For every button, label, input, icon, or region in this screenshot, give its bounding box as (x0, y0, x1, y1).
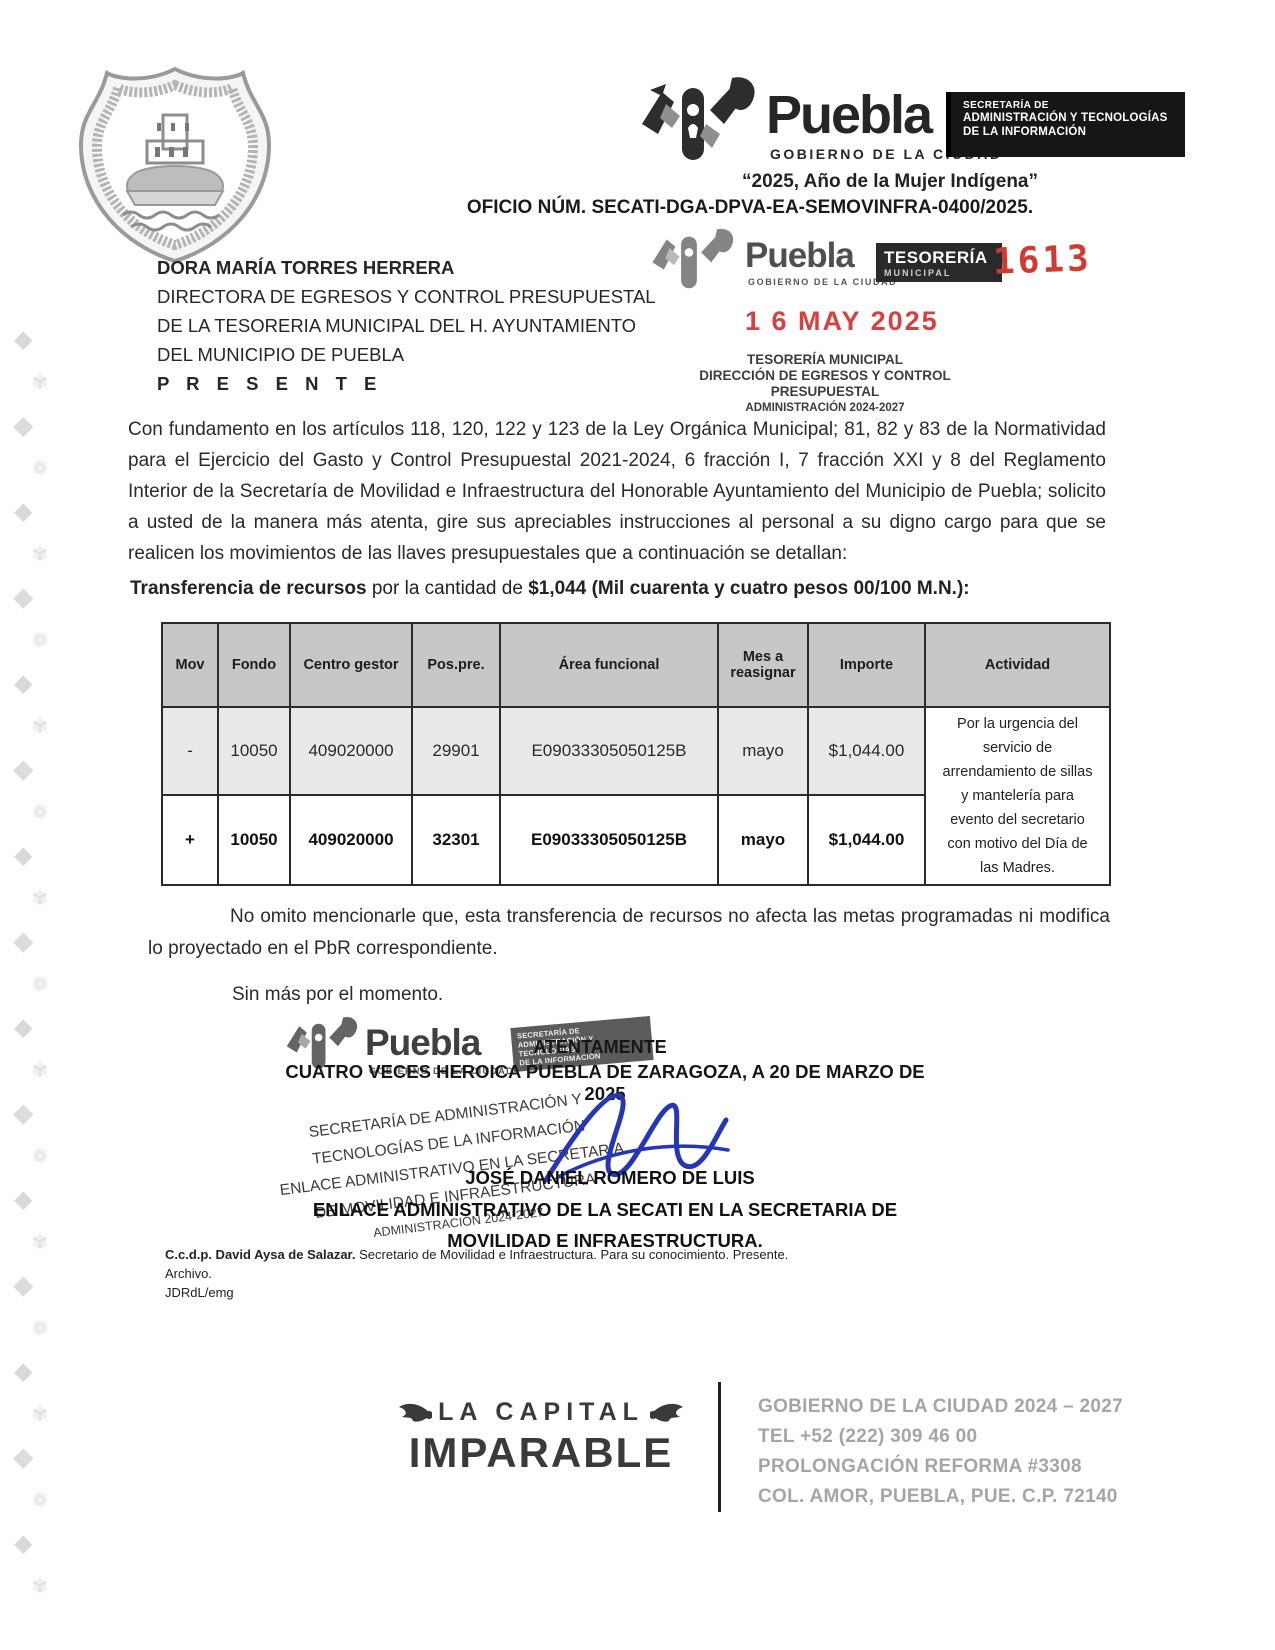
cell-mov: + (162, 795, 218, 885)
footer-line: TEL +52 (222) 309 46 00 (758, 1422, 1123, 1452)
body-paragraph-2: No omito mencionarle que, esta transfere… (148, 901, 1110, 965)
cell-mov: - (162, 707, 218, 795)
received-date-stamp: 1 6 MAY 2025 (745, 306, 939, 337)
col-header-area-funcional: Área funcional (500, 623, 718, 707)
signatory-name: JOSÉ DANIEL ROMERO DE LUIS (330, 1167, 890, 1189)
transfer-summary-line: Transferencia de recursos por la cantida… (130, 578, 970, 600)
tesoreria-banner: TESORERÍA MUNICIPAL (876, 243, 1002, 282)
secretaria-line: SECRETARÍA DE (963, 100, 1175, 111)
oficio-number: OFICIO NÚM. SECATI-DGA-DPVA-EA-SEMOVINFR… (425, 197, 1075, 219)
table-header-row: Mov Fondo Centro gestor Pos.pre. Área fu… (162, 623, 1110, 707)
footer-line: GOBIERNO DE LA CIUDAD 2024 – 2027 (758, 1392, 1123, 1422)
secretaria-line: DE LA INFORMACIÓN (963, 125, 1175, 139)
tesoreria-line: TESORERÍA (884, 248, 994, 268)
body-paragraph-1: Con fundamento en los artículos 118, 120… (128, 414, 1106, 569)
cc-recipient: C.c.d.p. David Aysa de Salazar. (165, 1247, 356, 1262)
footer-contact-block: GOBIERNO DE LA CIUDAD 2024 – 2027 TEL +5… (758, 1392, 1123, 1512)
office-line: PRESUPUESTAL (635, 384, 1015, 400)
office-line: TESORERÍA MUNICIPAL (635, 352, 1015, 368)
col-header-mov: Mov (162, 623, 218, 707)
cell-importe: $1,044.00 (808, 707, 925, 795)
recipient-block: DORA MARÍA TORRES HERRERA DIRECTORA DE E… (157, 253, 656, 398)
col-header-centro-gestor: Centro gestor (290, 623, 412, 707)
cell-centro-gestor: 409020000 (290, 707, 412, 795)
col-header-actividad: Actividad (925, 623, 1110, 707)
received-folio-stamp: 1613 (992, 238, 1092, 282)
footer-logo-line2: IMPARABLE (386, 1429, 696, 1477)
col-header-fondo: Fondo (218, 623, 290, 707)
puebla-emblem-icon (636, 76, 764, 168)
footer-line: PROLONGACIÓN REFORMA #3308 (758, 1452, 1123, 1482)
tesoreria-line: MUNICIPAL (884, 268, 994, 278)
footer-logo-line1: LA CAPITAL (438, 1398, 644, 1427)
cc-line: C.c.d.p. David Aysa de Salazar. Secretar… (165, 1245, 788, 1264)
cell-area-funcional: E09033305050125B (500, 707, 718, 795)
margin-ornament-strip: ◆✾◆❁◆✾◆❁◆✾◆❁◆✾◆❁◆✾◆❁◆✾◆❁◆✾◆❁◆✾ (14, 318, 66, 1618)
cell-fondo: 10050 (218, 795, 290, 885)
presente-label: P R E S E N T E (157, 369, 656, 398)
transfer-label: Transferencia de recursos (130, 578, 367, 599)
cell-mes: mayo (718, 795, 808, 885)
cell-importe: $1,044.00 (808, 795, 925, 885)
budget-transfer-table: Mov Fondo Centro gestor Pos.pre. Área fu… (161, 622, 1111, 886)
col-header-pos-pre: Pos.pre. (412, 623, 500, 707)
puebla-coat-of-arms-icon (75, 63, 275, 268)
cell-fondo: 10050 (218, 707, 290, 795)
cell-actividad: Por la urgencia del servicio de arrendam… (925, 707, 1110, 885)
transfer-amount: $1,044 (Mil cuarenta y cuatro pesos 00/1… (528, 578, 969, 599)
col-header-importe: Importe (808, 623, 925, 707)
receiving-office-stamp: TESORERÍA MUNICIPAL DIRECCIÓN DE EGRESOS… (635, 352, 1015, 416)
secretaria-line: ADMINISTRACIÓN Y TECNOLOGÍAS (963, 111, 1175, 125)
col-header-mes-reasignar: Mes a reasignar (718, 623, 808, 707)
footer-divider (718, 1382, 721, 1512)
transfer-text: por la cantidad de (367, 578, 529, 599)
cc-line: Archivo. (165, 1264, 788, 1283)
cc-detail: Secretario de Movilidad e Infraestructur… (356, 1247, 789, 1262)
cell-mes: mayo (718, 707, 808, 795)
recipient-title: DE LA TESORERIA MUNICIPAL DEL H. AYUNTAM… (157, 311, 656, 340)
footer-line: COL. AMOR, PUEBLA, PUE. C.P. 72140 (758, 1482, 1123, 1512)
document-page: ◆✾◆❁◆✾◆❁◆✾◆❁◆✾◆❁◆✾◆❁◆✾◆❁◆✾◆❁◆✾ Puebla GO… (0, 0, 1275, 1650)
recipient-title: DIRECTORA DE EGRESOS Y CONTROL PRESUPUES… (157, 282, 656, 311)
closing-line: Sin más por el momento. (232, 984, 443, 1006)
stamp-brand-wordmark: Puebla (745, 236, 854, 276)
cell-centro-gestor: 409020000 (290, 795, 412, 885)
year-quote: “2025, Año de la Mujer Indígena” (560, 171, 1038, 193)
la-capital-imparable-logo: LA CAPITAL IMPARABLE (386, 1398, 696, 1477)
cc-line: JDRdL/emg (165, 1283, 788, 1302)
office-line: DIRECCIÓN DE EGRESOS Y CONTROL (635, 368, 1015, 384)
table-row: - 10050 409020000 29901 E09033305050125B… (162, 707, 1110, 795)
recipient-name: DORA MARÍA TORRES HERRERA (157, 253, 656, 282)
cc-block: C.c.d.p. David Aysa de Salazar. Secretar… (165, 1245, 788, 1302)
cell-pos-pre: 29901 (412, 707, 500, 795)
secretaria-banner: SECRETARÍA DE ADMINISTRACIÓN Y TECNOLOGÍ… (946, 92, 1185, 157)
cell-area-funcional: E09033305050125B (500, 795, 718, 885)
atentamente-label: ATENTAMENTE (440, 1037, 760, 1058)
recipient-title: DEL MUNICIPIO DE PUEBLA (157, 340, 656, 369)
wing-right-icon (650, 1400, 684, 1426)
puebla-emblem-icon (648, 228, 740, 294)
signatory-title-line: ENLACE ADMINISTRATIVO DE LA SECATI EN LA… (270, 1194, 940, 1225)
cell-pos-pre: 32301 (412, 795, 500, 885)
brand-wordmark: Puebla (766, 84, 931, 146)
wing-left-icon (398, 1400, 432, 1426)
stamp-brand-subtitle: GOBIERNO DE LA CIUDAD (748, 277, 897, 287)
